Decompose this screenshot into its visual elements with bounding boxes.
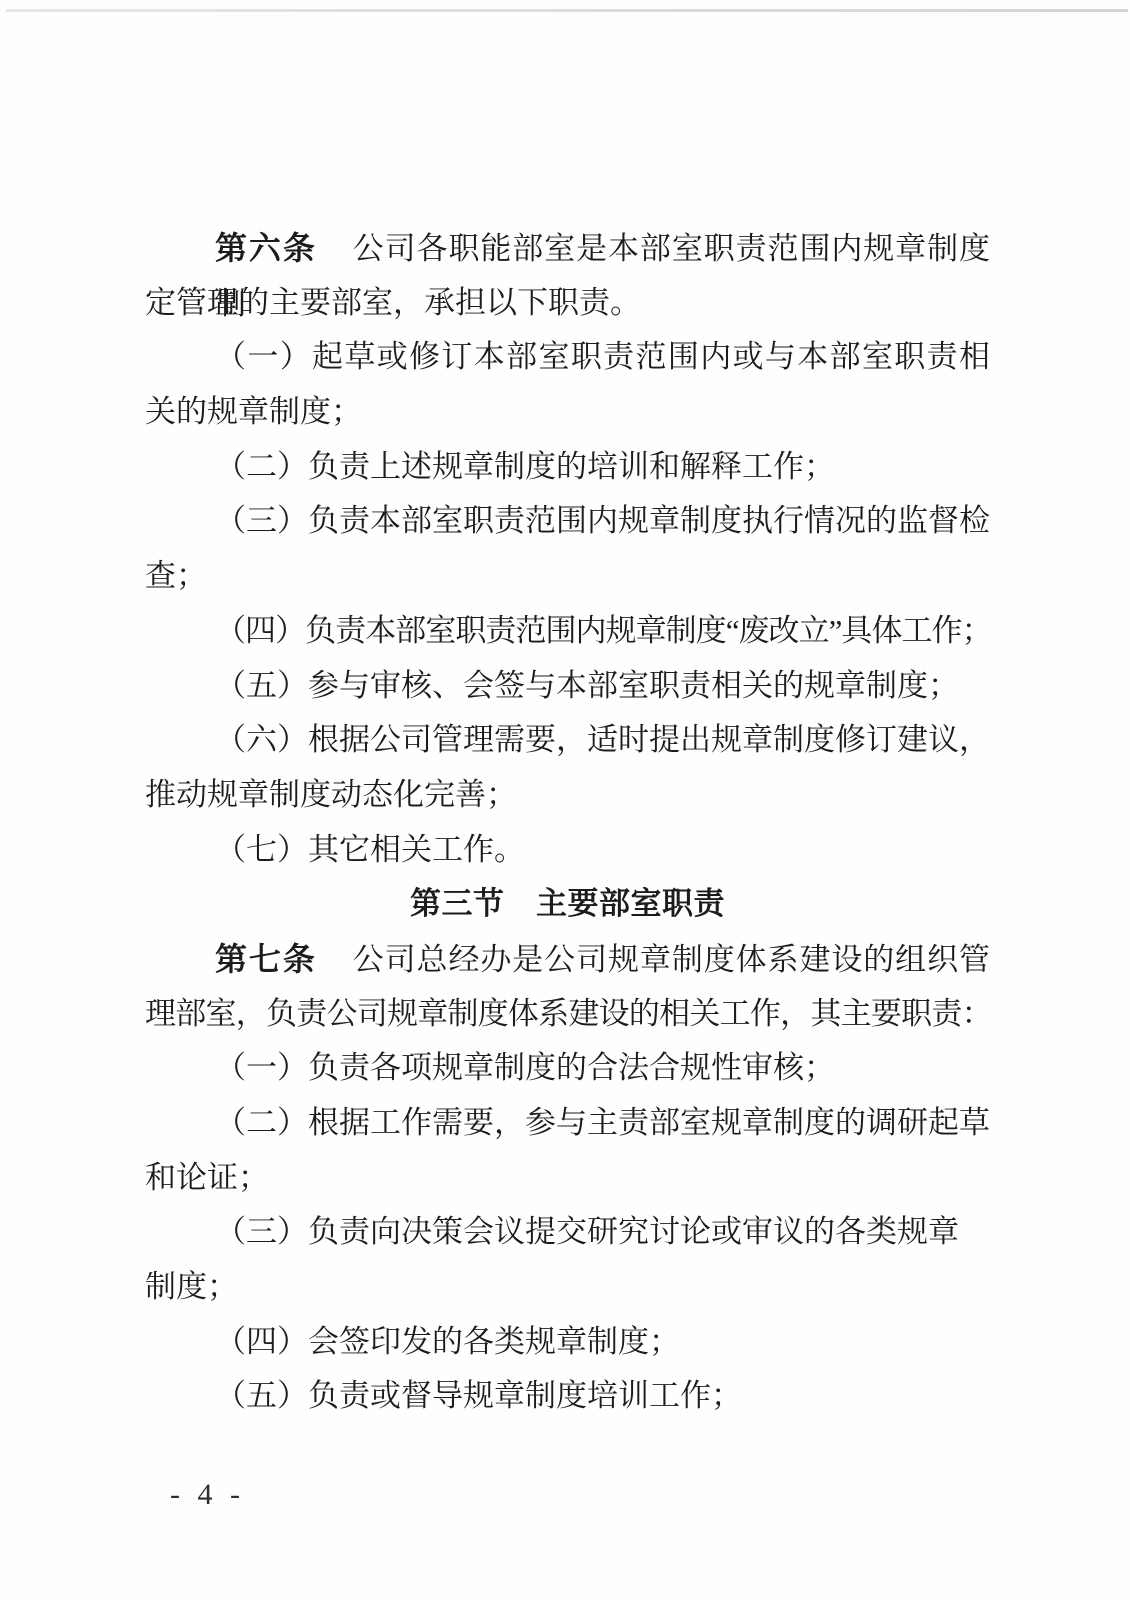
line-text: 推动规章制度动态化完善； bbox=[145, 777, 517, 812]
page-number: - 4 - bbox=[170, 1471, 245, 1519]
document-line: （六）根据公司管理需要，适时提出规章制度修订建议， bbox=[145, 713, 990, 768]
document-line: 关的规章制度； bbox=[145, 385, 990, 440]
document-page: 第六条公司各职能部室是本部室职责范围内规章制度制定管理的主要部室，承担以下职责。… bbox=[0, 0, 1130, 1600]
line-text: 关的规章制度； bbox=[145, 394, 362, 429]
document-line: （五）参与审核、会签与本部室职责相关的规章制度； bbox=[145, 659, 990, 714]
line-text: （五）负责或督导规章制度培训工作； bbox=[215, 1378, 742, 1413]
document-body: 第六条公司各职能部室是本部室职责范围内规章制度制定管理的主要部室，承担以下职责。… bbox=[145, 221, 990, 1424]
document-line: 定管理的主要部室，承担以下职责。 bbox=[145, 276, 990, 331]
line-text: 和论证； bbox=[145, 1160, 269, 1195]
document-line: （二）负责上述规章制度的培训和解释工作； bbox=[145, 440, 990, 495]
line-text: 第三节 主要部室职责 bbox=[410, 886, 725, 921]
document-line: （四）会签印发的各类规章制度； bbox=[145, 1315, 990, 1370]
line-text: （四）会签印发的各类规章制度； bbox=[215, 1324, 680, 1359]
line-text: 制度； bbox=[145, 1269, 238, 1304]
document-line: （一）负责各项规章制度的合法合规性审核； bbox=[145, 1041, 990, 1096]
document-line: （五）负责或督导规章制度培训工作； bbox=[145, 1369, 990, 1424]
line-text: （一）起草或修订本部室职责范围内或与本部室职责相 bbox=[215, 339, 990, 374]
line-text: 理部室，负责公司规章制度体系建设的相关工作，其主要职责： bbox=[145, 996, 990, 1031]
line-text: （七）其它相关工作。 bbox=[215, 832, 525, 867]
line-text: （四）负责本部室职责范围内规章制度“废改立”具体工作； bbox=[215, 613, 990, 648]
document-line: （四）负责本部室职责范围内规章制度“废改立”具体工作； bbox=[145, 604, 990, 659]
line-text: （二）负责上述规章制度的培训和解释工作； bbox=[215, 449, 835, 484]
section-heading: 第三节 主要部室职责 bbox=[145, 877, 990, 932]
document-line: 查； bbox=[145, 549, 990, 604]
document-line: （二）根据工作需要，参与主责部室规章制度的调研起草 bbox=[145, 1096, 990, 1151]
document-line: （一）起草或修订本部室职责范围内或与本部室职责相 bbox=[145, 330, 990, 385]
article-number: 第六条 bbox=[215, 230, 317, 266]
document-line: （三）负责向决策会议提交研究讨论或审议的各类规章 bbox=[145, 1205, 990, 1260]
line-text: （五）参与审核、会签与本部室职责相关的规章制度； bbox=[215, 668, 959, 703]
line-text: （三）负责本部室职责范围内规章制度执行情况的监督检 bbox=[215, 503, 990, 538]
document-line: 推动规章制度动态化完善； bbox=[145, 768, 990, 823]
document-line: （七）其它相关工作。 bbox=[145, 823, 990, 878]
line-text: （二）根据工作需要，参与主责部室规章制度的调研起草 bbox=[215, 1105, 990, 1140]
line-text: 定管理的主要部室，承担以下职责。 bbox=[145, 285, 641, 320]
document-line: （三）负责本部室职责范围内规章制度执行情况的监督检 bbox=[145, 494, 990, 549]
article-opening-line: 第六条公司各职能部室是本部室职责范围内规章制度制 bbox=[145, 221, 990, 276]
article-opening-line: 第七条公司总经办是公司规章制度体系建设的组织管 bbox=[145, 932, 990, 987]
line-text: （六）根据公司管理需要，适时提出规章制度修订建议， bbox=[215, 722, 990, 757]
line-text: （一）负责各项规章制度的合法合规性审核； bbox=[215, 1050, 835, 1085]
line-text: 查； bbox=[145, 558, 207, 593]
line-text: 公司总经办是公司规章制度体系建设的组织管 bbox=[353, 942, 990, 977]
line-text: （三）负责向决策会议提交研究讨论或审议的各类规章 bbox=[215, 1214, 959, 1249]
article-number: 第七条 bbox=[215, 941, 317, 977]
document-line: 和论证； bbox=[145, 1151, 990, 1206]
page-top-edge-line bbox=[6, 9, 1128, 12]
document-line: 制度； bbox=[145, 1260, 990, 1315]
document-line: 理部室，负责公司规章制度体系建设的相关工作，其主要职责： bbox=[145, 987, 990, 1042]
